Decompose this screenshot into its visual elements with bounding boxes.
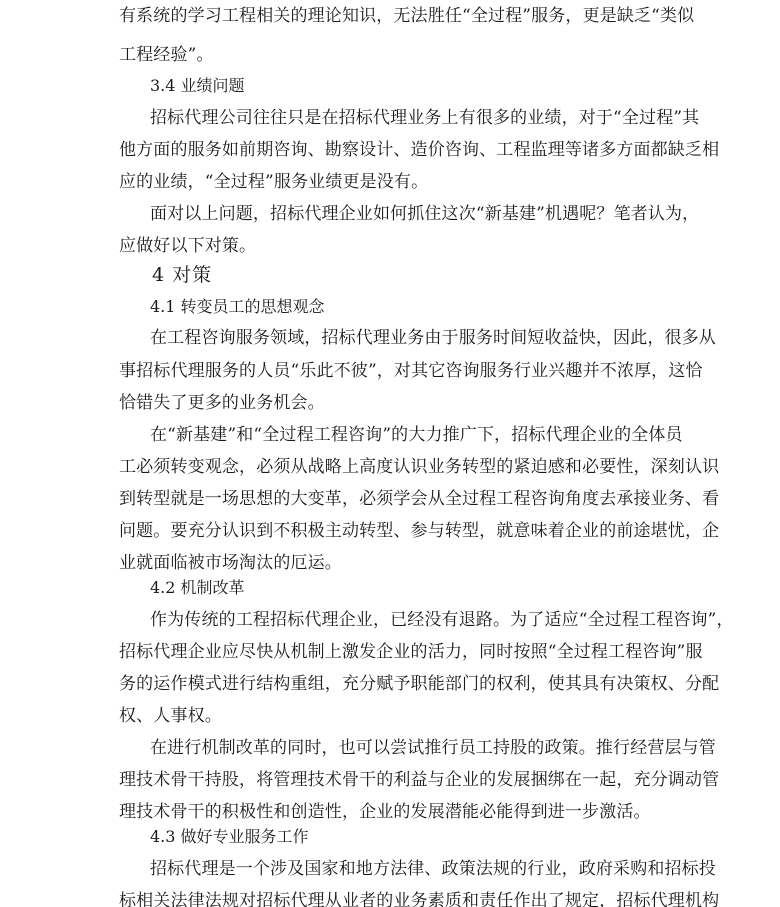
paragraph-line: 业就面临被市场淘汰的厄运。 — [119, 553, 342, 573]
section-heading-3-4: 3.4 业绩问题 — [150, 76, 245, 96]
paragraph-line: 面对以上问题，招标代理企业如何抓住这次“新基建”机遇呢？笔者认为， — [150, 204, 699, 224]
paragraph-line: 务的运作模式进行结构重组，充分赋予职能部门的权利，使其具有决策权、分配 — [119, 674, 719, 694]
paragraph-line: 事招标代理服务的人员“乐此不彼”，对其它咨询服务行业兴趣并不浓厚，这恰 — [119, 361, 703, 381]
paragraph-line: 他方面的服务如前期咨询、勘察设计、造价咨询、工程监理等诸多方面都缺乏相 — [119, 140, 719, 160]
paragraph-line: 权、人事权。 — [119, 706, 222, 726]
paragraph-line: 问题。要充分认识到不积极主动转型、参与转型，就意味着企业的前途堪忧，企 — [119, 521, 719, 541]
paragraph-line: 在“新基建”和“全过程工程咨询”的大力推广下，招标代理企业的全体员 — [150, 425, 683, 445]
paragraph-line: 理技术骨干的积极性和创造性，企业的发展潜能必能得到进一步激活。 — [119, 802, 651, 822]
paragraph-line: 到转型就是一场思想的大变革，必须学会从全过程工程咨询角度去承接业务、看 — [119, 489, 719, 509]
paragraph-line: 招标代理公司往往只是在招标代理业务上有很多的业绩，对于“全过程”其 — [150, 108, 699, 128]
paragraph-line: 应的业绩，“全过程”服务业绩更是没有。 — [119, 172, 428, 192]
section-heading-4-3: 4.3 做好专业服务工作 — [150, 827, 309, 847]
section-heading-4-1: 4.1 转变员工的思想观念 — [150, 297, 325, 317]
section-heading-4: 4 对策 — [152, 264, 212, 286]
paragraph-line: 在进行机制改革的同时，也可以尝试推行员工持股的政策。推行经营层与管 — [150, 738, 716, 758]
paragraph-line: 标相关法律法规对招标代理从业者的业务素质和责任作出了规定，招标代理机构 — [119, 891, 719, 907]
paragraph-line: 招标代理是一个涉及国家和地方法律、政策法规的行业，政府采购和招标投 — [150, 859, 716, 879]
paragraph-line: 工程经验”。 — [119, 45, 214, 65]
paragraph-line: 作为传统的工程招标代理企业，已经没有退路。为了适应“全过程工程咨询”， — [150, 610, 734, 630]
paragraph-line: 在工程咨询服务领域，招标代理业务由于服务时间短收益快，因此，很多从 — [150, 328, 716, 348]
section-heading-4-2: 4.2 机制改革 — [150, 578, 245, 598]
paragraph-line: 应做好以下对策。 — [119, 236, 256, 256]
paragraph-line: 招标代理企业应尽快从机制上激发企业的活力，同时按照“全过程工程咨询”服 — [119, 642, 703, 662]
document-page: 有系统的学习工程相关的理论知识，无法胜任“全过程”服务，更是缺乏“类似 工程经验… — [0, 0, 780, 907]
paragraph-line: 工必须转变观念，必须从战略上高度认识业务转型的紧迫感和必要性，深刻认识 — [119, 457, 719, 477]
paragraph-line: 理技术骨干持股，将管理技术骨干的利益与企业的发展捆绑在一起，充分调动管 — [119, 770, 719, 790]
paragraph-line: 有系统的学习工程相关的理论知识，无法胜任“全过程”服务，更是缺乏“类似 — [119, 6, 694, 26]
paragraph-line: 恰错失了更多的业务机会。 — [119, 393, 325, 413]
